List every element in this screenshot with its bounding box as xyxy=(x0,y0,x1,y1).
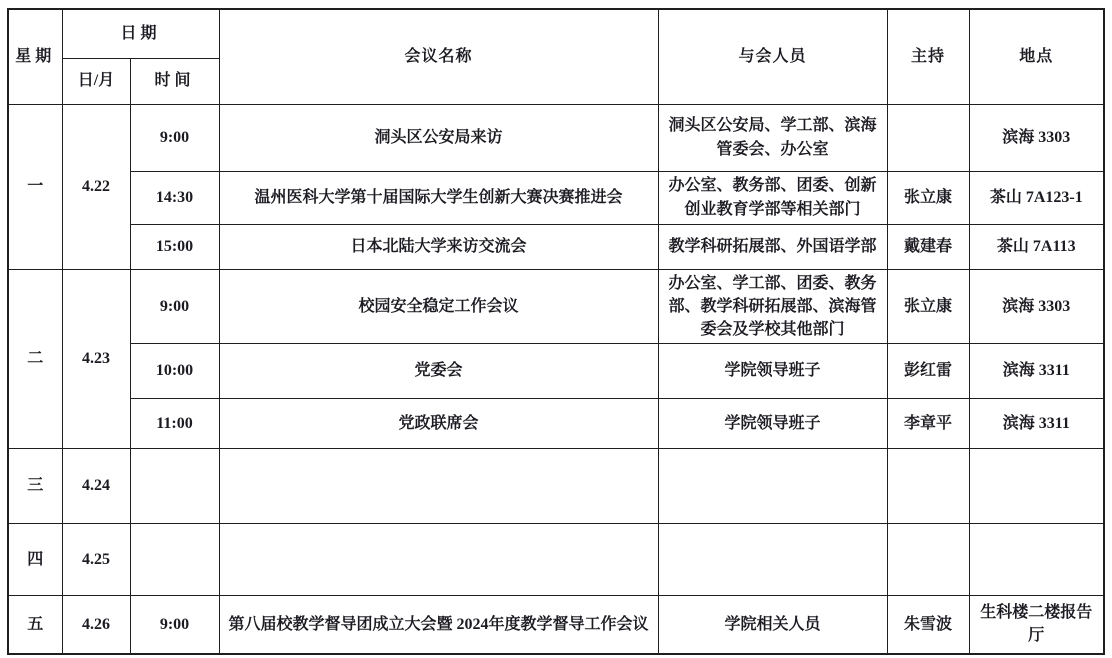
table-row: 14:30 温州医科大学第十届国际大学生创新大赛决赛推进会 办公室、教务部、团委… xyxy=(8,171,1104,224)
cell-time: 9:00 xyxy=(130,269,219,344)
cell-location: 滨海 3311 xyxy=(969,344,1104,399)
cell-meeting-name: 温州医科大学第十届国际大学生创新大赛决赛推进会 xyxy=(219,171,658,224)
cell-host: 李章平 xyxy=(887,399,969,449)
cell-date: 4.23 xyxy=(62,269,130,449)
table-row: 三 4.24 xyxy=(8,449,1104,524)
cell-meeting-name xyxy=(219,524,658,596)
header-day-month: 日/月 xyxy=(62,58,130,104)
cell-time: 11:00 xyxy=(130,399,219,449)
cell-week: 一 xyxy=(8,104,62,269)
cell-host xyxy=(887,449,969,524)
cell-location xyxy=(969,449,1104,524)
header-location: 地点 xyxy=(969,9,1104,104)
cell-time xyxy=(130,449,219,524)
cell-week: 五 xyxy=(8,596,62,654)
cell-host: 张立康 xyxy=(887,269,969,344)
cell-location: 生科楼二楼报告厅 xyxy=(969,596,1104,654)
cell-attendees xyxy=(658,449,887,524)
cell-date: 4.25 xyxy=(62,524,130,596)
cell-meeting-name: 洞头区公安局来访 xyxy=(219,104,658,171)
cell-attendees: 办公室、学工部、团委、教务部、教学科研拓展部、滨海管委会及学校其他部门 xyxy=(658,269,887,344)
cell-location: 滨海 3311 xyxy=(969,399,1104,449)
meeting-schedule-table: 星期 日期 会议名称 与会人员 主持 地点 日/月 时间 一 4.22 9:00… xyxy=(7,8,1105,655)
meeting-schedule-page: 星期 日期 会议名称 与会人员 主持 地点 日/月 时间 一 4.22 9:00… xyxy=(0,0,1112,658)
cell-date: 4.22 xyxy=(62,104,130,269)
cell-attendees: 教学科研拓展部、外国语学部 xyxy=(658,224,887,269)
cell-location: 茶山 7A123-1 xyxy=(969,171,1104,224)
cell-attendees: 洞头区公安局、学工部、滨海管委会、办公室 xyxy=(658,104,887,171)
cell-meeting-name: 第八届校教学督导团成立大会暨 2024年度教学督导工作会议 xyxy=(219,596,658,654)
table-row: 15:00 日本北陆大学来访交流会 教学科研拓展部、外国语学部 戴建春 茶山 7… xyxy=(8,224,1104,269)
cell-host xyxy=(887,524,969,596)
cell-meeting-name: 校园安全稳定工作会议 xyxy=(219,269,658,344)
cell-date: 4.24 xyxy=(62,449,130,524)
header-row-1: 星期 日期 会议名称 与会人员 主持 地点 xyxy=(8,9,1104,58)
cell-time: 9:00 xyxy=(130,596,219,654)
cell-time: 10:00 xyxy=(130,344,219,399)
cell-location: 滨海 3303 xyxy=(969,269,1104,344)
cell-week: 四 xyxy=(8,524,62,596)
table-row: 二 4.23 9:00 校园安全稳定工作会议 办公室、学工部、团委、教务部、教学… xyxy=(8,269,1104,344)
cell-host xyxy=(887,104,969,171)
cell-attendees: 学院领导班子 xyxy=(658,399,887,449)
cell-date: 4.26 xyxy=(62,596,130,654)
table-row: 11:00 党政联席会 学院领导班子 李章平 滨海 3311 xyxy=(8,399,1104,449)
header-date-group: 日期 xyxy=(62,9,219,58)
cell-location xyxy=(969,524,1104,596)
cell-location: 滨海 3303 xyxy=(969,104,1104,171)
cell-time: 9:00 xyxy=(130,104,219,171)
cell-time: 15:00 xyxy=(130,224,219,269)
cell-host: 朱雪波 xyxy=(887,596,969,654)
cell-meeting-name: 日本北陆大学来访交流会 xyxy=(219,224,658,269)
cell-week: 三 xyxy=(8,449,62,524)
cell-host: 戴建春 xyxy=(887,224,969,269)
header-attendees: 与会人员 xyxy=(658,9,887,104)
cell-host: 张立康 xyxy=(887,171,969,224)
cell-meeting-name xyxy=(219,449,658,524)
header-host: 主持 xyxy=(887,9,969,104)
table-row: 10:00 党委会 学院领导班子 彭红雷 滨海 3311 xyxy=(8,344,1104,399)
cell-attendees xyxy=(658,524,887,596)
header-week: 星期 xyxy=(8,9,62,104)
cell-time: 14:30 xyxy=(130,171,219,224)
cell-attendees: 学院领导班子 xyxy=(658,344,887,399)
cell-location: 茶山 7A113 xyxy=(969,224,1104,269)
cell-host: 彭红雷 xyxy=(887,344,969,399)
table-row: 一 4.22 9:00 洞头区公安局来访 洞头区公安局、学工部、滨海管委会、办公… xyxy=(8,104,1104,171)
cell-meeting-name: 党政联席会 xyxy=(219,399,658,449)
cell-meeting-name: 党委会 xyxy=(219,344,658,399)
table-row: 五 4.26 9:00 第八届校教学督导团成立大会暨 2024年度教学督导工作会… xyxy=(8,596,1104,654)
cell-time xyxy=(130,524,219,596)
cell-attendees: 办公室、教务部、团委、创新创业教育学部等相关部门 xyxy=(658,171,887,224)
cell-week: 二 xyxy=(8,269,62,449)
cell-attendees: 学院相关人员 xyxy=(658,596,887,654)
header-time: 时间 xyxy=(130,58,219,104)
header-meeting-name: 会议名称 xyxy=(219,9,658,104)
table-row: 四 4.25 xyxy=(8,524,1104,596)
